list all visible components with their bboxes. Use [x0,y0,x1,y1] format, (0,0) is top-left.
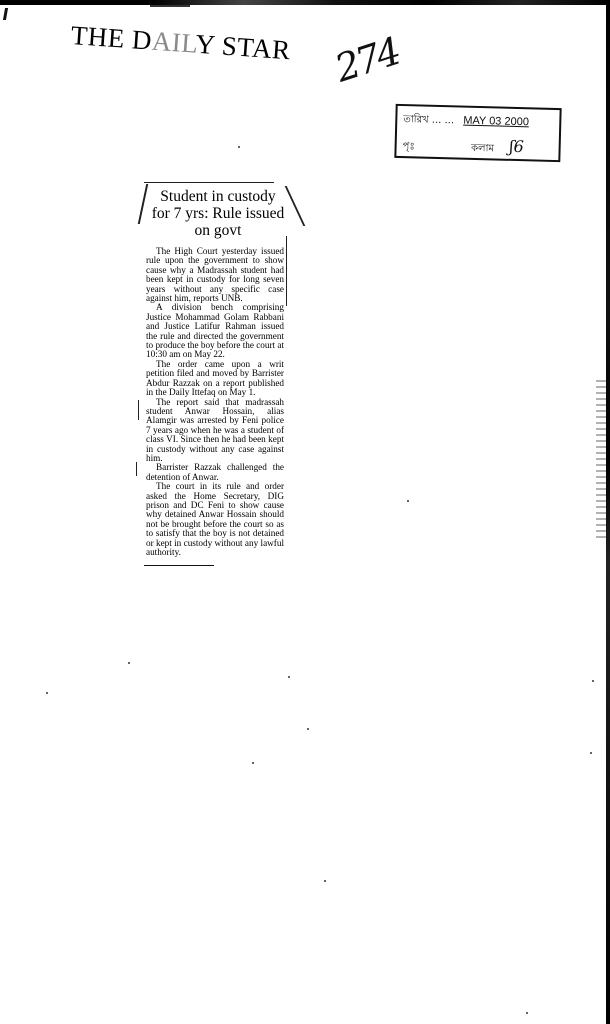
scan-speck [288,676,290,678]
newspaper-clipping: Student in custody for 7 yrs: Rule issue… [142,182,290,566]
clip-cut-edge [286,236,287,306]
masthead-part: THE D [70,20,153,56]
handwritten-page-number: 274 [330,29,404,90]
scan-speck [526,1012,528,1014]
archive-date-stamp: তারিখ ... ... MAY 03 2000 পৃঃ কলাম ʃ6 [394,104,561,162]
clip-border-bottom [144,565,214,566]
scan-speck [590,752,592,754]
scan-right-edge [606,0,610,1024]
scan-speck [324,880,326,882]
scan-speck [252,762,254,764]
article-paragraph: The court in its rule and order asked th… [146,482,284,557]
stamp-date-value: MAY 03 2000 [463,115,529,129]
article-paragraph: The order came upon a writ petition file… [146,360,284,398]
article-paragraph: The High Court yesterday issued rule upo… [146,247,284,303]
article-paragraph: The report said that madrassah student A… [146,398,284,464]
stamp-date-row: তারিখ ... ... MAY 03 2000 [403,112,529,132]
scan-speck [407,500,409,502]
scan-artifact [150,5,190,7]
scan-speck [128,662,130,664]
scan-speck [592,680,594,682]
clip-border-top [144,182,274,183]
masthead-part: Y STAR [195,29,292,66]
clip-border-left [138,184,149,224]
stamp-signature: ʃ6 [509,137,524,156]
scan-top-edge [0,0,610,5]
scan-speck [307,728,309,730]
clip-cut-edge [136,462,137,476]
scan-speck [46,692,48,694]
stamp-page-label: পৃঃ [402,141,414,152]
stamp-date-label: তারিখ ... ... [403,114,454,126]
newspaper-masthead: THE DAILY STAR [70,20,292,66]
masthead-faded-part: AIL [151,26,197,59]
scan-noise [596,380,606,540]
article-body: The High Court yesterday issued rule upo… [146,247,284,557]
stamp-page-row: পৃঃ কলাম ʃ6 [402,134,524,159]
article-paragraph: Barrister Razzak challenged the detentio… [146,463,284,482]
clip-cut-edge [138,400,139,420]
article-paragraph: A division bench comprising Justice Moha… [146,303,284,359]
stamp-column-label: কলাম [471,143,494,155]
article-headline: Student in custody for 7 yrs: Rule issue… [150,188,286,239]
clip-border-right [285,186,306,226]
scan-artifact [3,8,8,20]
scan-speck [238,146,240,148]
